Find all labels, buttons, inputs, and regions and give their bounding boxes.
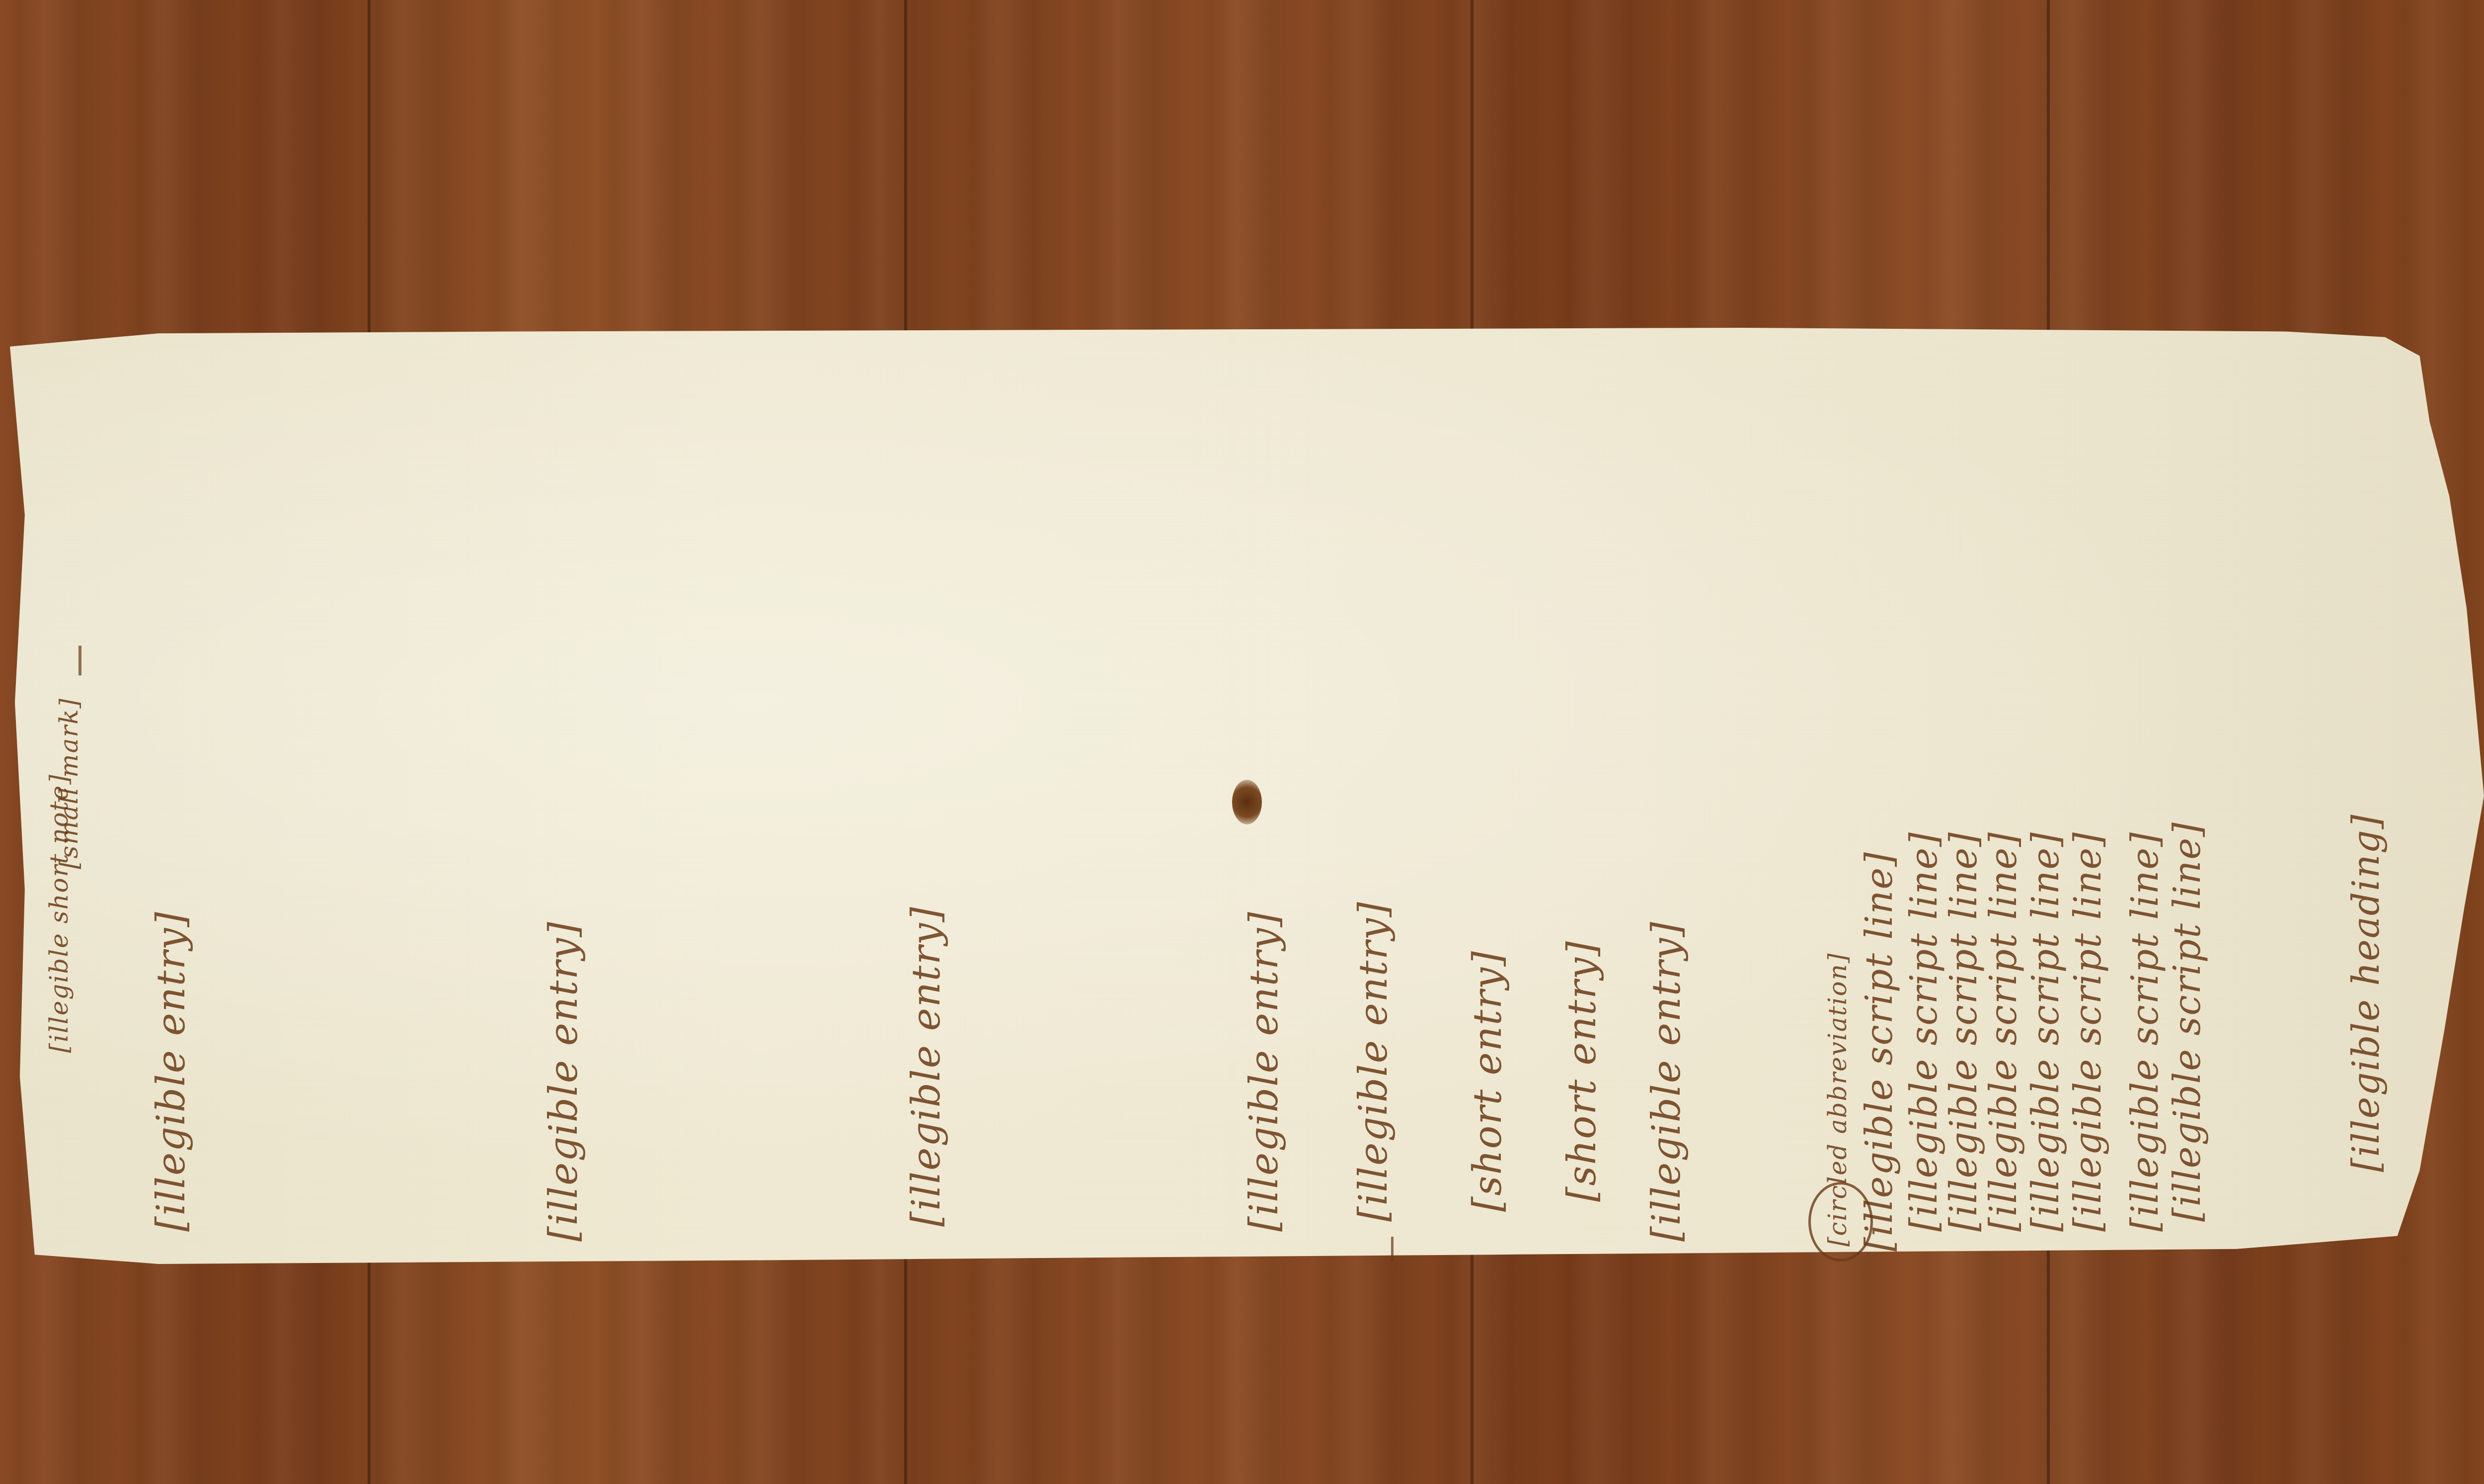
pen-mark: [1391, 1237, 1394, 1261]
entry-item: [illegible entry]: [1242, 911, 1287, 1232]
entry-item: [illegible entry]: [1351, 901, 1396, 1222]
ink-stain: [1232, 780, 1262, 824]
text-line: [illegible script line]: [2166, 821, 2209, 1222]
entry-item: [illegible entry]: [542, 921, 586, 1242]
entry-item: [illegible entry]: [149, 911, 194, 1232]
marginal-note: [circled abbreviation]: [1823, 953, 1852, 1247]
text-line: [illegible script line]: [2024, 831, 2067, 1232]
folio-mark: [small mark]: [55, 698, 83, 869]
entry-item: [short entry]: [1466, 950, 1510, 1212]
text-line: [illegible script line]: [1858, 851, 1901, 1252]
text-line: [illegible script line]: [1942, 831, 1985, 1232]
text-line: [illegible script line]: [1982, 831, 2025, 1232]
entry-item: [illegible entry]: [904, 906, 949, 1227]
entry-item: [short entry]: [1560, 940, 1605, 1202]
text-line: [illegible script line]: [2067, 831, 2109, 1232]
entry-item: [illegible entry]: [1644, 921, 1689, 1242]
text-line: [illegible script line]: [1903, 831, 1945, 1232]
text-line: [illegible script line]: [2124, 831, 2167, 1232]
document-heading: [illegible heading]: [2345, 814, 2388, 1172]
pen-mark: [78, 646, 81, 675]
